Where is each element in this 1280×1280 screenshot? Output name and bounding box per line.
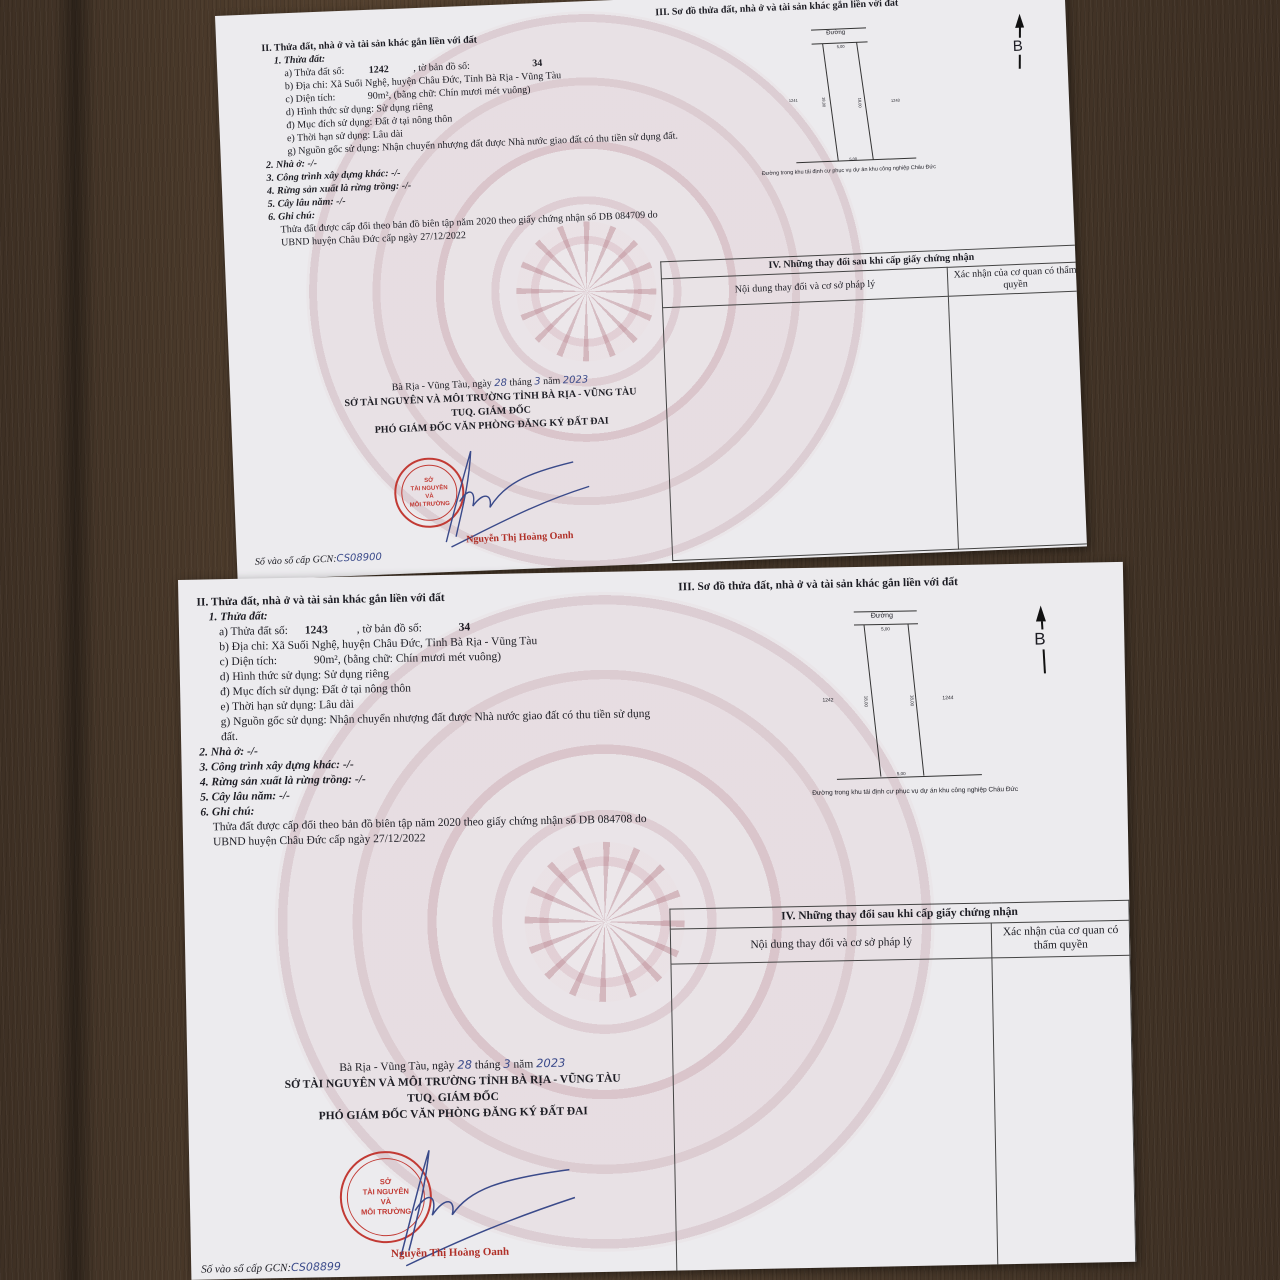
changes-cell [663, 296, 959, 560]
north-arrow-icon: B [1034, 629, 1046, 649]
map-sheet-number: 34 [532, 58, 542, 69]
certificate-page-1243: II. Thửa đất, nhà ở và tài sản khác gắn … [178, 562, 1136, 1280]
road-top-label: Đường [826, 30, 845, 37]
section-2-land-info: II. Thửa đất, nhà ở và tài sản khác gắn … [196, 587, 671, 851]
section-2-land-info: II. Thửa đất, nhà ở và tài sản khác gắn … [261, 25, 689, 250]
left-neighbor-parcel: 1242 [822, 697, 833, 703]
date-month: 3 [534, 376, 541, 387]
left-neighbor-parcel: 1241 [789, 98, 798, 103]
right-neighbor-parcel: 1243 [891, 98, 900, 103]
fabric-fold [55, 0, 95, 1280]
road-top-label: Đường [871, 612, 893, 619]
confirmation-cell [992, 955, 1136, 1272]
date-day: 28 [494, 378, 507, 390]
front-width: 5,00 [837, 44, 845, 49]
certificate-page-1242: II. Thửa đất, nhà ở và tài sản khác gắn … [215, 0, 1087, 581]
north-arrow-icon: B [1013, 38, 1024, 55]
section-4-changes-table: IV. Những thay đổi sau khi cấp giấy chứn… [660, 244, 1087, 561]
front-width: 5,00 [881, 626, 890, 631]
confirmation-cell [949, 291, 1087, 549]
date-year: 2023 [563, 374, 589, 386]
registry-number: CS08900 [336, 552, 382, 565]
section-3-title: III. Sơ đồ thửa đất, nhà ở và tài sản kh… [678, 575, 958, 595]
parcel-number: 1242 [369, 64, 389, 76]
section-3-title: III. Sơ đồ thửa đất, nhà ở và tài sản kh… [655, 0, 899, 19]
left-length: 18,00 [863, 696, 868, 707]
map-sheet-number: 34 [459, 621, 471, 633]
signature-block: Bà Rịa - Vũng Tàu, ngày 28 tháng 3 năm 2… [272, 1053, 633, 1125]
registry-number-row: Số vào sổ cấp GCN:CS08900 [255, 552, 382, 568]
right-neighbor-parcel: 1244 [942, 695, 953, 701]
signer-name: Nguyễn Thị Hoàng Oanh [391, 1246, 509, 1260]
changes-cell [671, 958, 998, 1278]
date-year: 2023 [536, 1056, 566, 1071]
parcel-sketch: Đường 5,00 5,00 1242 1244 18,00 18,00 Đư… [789, 602, 1113, 803]
registry-number-row: Số vào sổ cấp GCN:CS08899 [201, 1260, 341, 1276]
date-day: 28 [457, 1057, 472, 1071]
registry-number: CS08899 [291, 1260, 341, 1274]
parcel-number: 1243 [305, 624, 328, 636]
parcel-sketch: Đường 5,00 5,00 1241 1243 18,00 18,00 Đư… [756, 11, 1083, 199]
confirmation-column-header: Xác nhận của cơ quan có thẩm quyền [992, 920, 1130, 958]
right-length: 18,00 [857, 98, 862, 108]
section-4-changes-table: IV. Những thay đổi sau khi cấp giấy chứn… [669, 900, 1136, 1279]
back-width: 5,00 [897, 771, 906, 776]
right-length: 18,00 [909, 695, 914, 706]
left-length: 18,00 [821, 97, 826, 107]
back-width: 5,00 [849, 156, 857, 161]
date-month: 3 [503, 1057, 511, 1071]
